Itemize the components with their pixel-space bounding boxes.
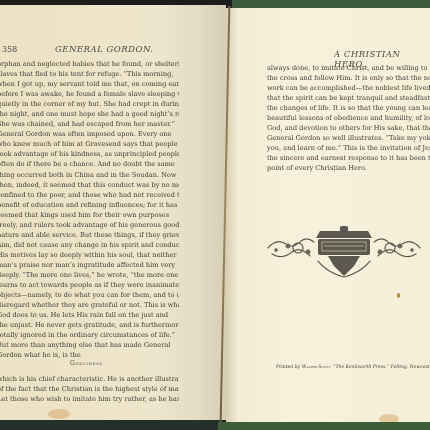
text-line: objects—namely, to do what you can for t… xyxy=(0,290,179,300)
running-head-left: GENERAL GORDON. xyxy=(55,45,154,55)
imprint-place: Felling, Newcastle xyxy=(391,365,430,370)
text-line: But more than anything else that has mad… xyxy=(0,340,179,350)
left-page-body: orphan and neglected babies that he foun… xyxy=(0,59,179,360)
text-line: His motives lay so deeply within his sou… xyxy=(0,250,179,260)
text-line: who knew much of him at Gravesend says t… xyxy=(0,139,179,149)
ornament-tailpiece-icon xyxy=(258,226,430,288)
paper-speck xyxy=(397,293,400,298)
text-line: disregard whether they are grateful or n… xyxy=(0,300,179,310)
text-line: She was chained, and had escaped from he… xyxy=(0,119,179,129)
text-line: General Gordon so well illustrates. “Tak… xyxy=(267,133,430,143)
text-line: learns to act towards people as if they … xyxy=(0,280,179,290)
text-line: of the fact that the Christian is the hi… xyxy=(0,384,179,394)
text-line: Let those who wish to imitate him try ra… xyxy=(0,394,179,404)
text-line: God does to us. He lets His rain fall on… xyxy=(0,310,179,320)
text-line: took advantage of his kindness, as unpri… xyxy=(0,149,179,159)
book-cover-edge-bottom-right xyxy=(218,422,430,430)
left-page-closing: which is his chief characteristic. He is… xyxy=(0,374,179,404)
text-line: then, indeed, it seemed that this conduc… xyxy=(0,180,179,190)
paper-stain xyxy=(379,414,399,422)
text-line: beautiful lessons of obedience and humil… xyxy=(267,113,430,123)
text-line: you, and learn of me.” This is the invit… xyxy=(267,143,430,153)
text-line: freely, and rulers took advantage of his… xyxy=(0,220,179,230)
text-line: that the spirit can be kept tranquil and… xyxy=(267,93,430,103)
paper-stain xyxy=(48,409,70,419)
text-line: work can be accomplished—the noblest lif… xyxy=(267,83,430,93)
text-line: the changes of life. It is so that the y… xyxy=(267,103,430,113)
text-line: God, and devotion to others for His sake… xyxy=(267,123,430,133)
text-line: seemed that kings used him for their own… xyxy=(0,210,179,220)
imprint-printer: Walter Scott xyxy=(302,365,331,370)
text-line: always done, to imitate Christ, and be w… xyxy=(267,63,430,73)
imprint-prefix: Printed by xyxy=(276,365,302,370)
text-line: which is his chief characteristic. He is… xyxy=(0,374,179,384)
text-line: him, did not cause any change in his spi… xyxy=(0,240,179,250)
text-line: the night, and one must hope she had a g… xyxy=(0,109,179,119)
imprint-press: “The Kenilworth Press,” xyxy=(333,365,389,370)
text-line: slaves that fled to his tent for refuge.… xyxy=(0,69,179,79)
text-line: nature and able service. But these thing… xyxy=(0,230,179,240)
right-page-body: always done, to imitate Christ, and be w… xyxy=(267,63,430,174)
text-line: when I got up, my servant told me that, … xyxy=(0,79,179,89)
text-line: quietly in the corner of my hut. She had… xyxy=(0,99,179,109)
text-line: orphan and neglected babies that he foun… xyxy=(0,59,179,69)
printer-imprint: Printed by Walter Scott, “The Kenilworth… xyxy=(276,365,430,370)
text-line: the sincere and earnest response to it h… xyxy=(267,153,430,163)
text-line: totally ignored in the ordinary circumst… xyxy=(0,330,179,340)
text-line: General Gordon was often imposed upon. E… xyxy=(0,129,179,139)
text-line: benefit of education and refining influe… xyxy=(0,200,179,210)
text-line: confined to the poor, and those who had … xyxy=(0,190,179,200)
text-line: thing occurred both in China and in the … xyxy=(0,170,179,180)
text-line: deeply. “The more one lives,” he wrote, … xyxy=(0,270,179,280)
text-line: often do if there be a chance. And no do… xyxy=(0,159,179,169)
text-line: the unjust. He never gets gratitude, and… xyxy=(0,320,179,330)
page-number: 358 xyxy=(2,45,17,54)
left-page: 358 GENERAL GORDON. orphan and neglected… xyxy=(0,5,226,420)
right-page: A CHRISTIAN HERO. always done, to imitat… xyxy=(226,8,430,422)
text-line: point of every Christian Hero. xyxy=(267,163,430,173)
text-line: man’s praise nor man’s ingratitude affec… xyxy=(0,260,179,270)
text-line: Gordon what he is, is the xyxy=(0,350,179,360)
section-heading: Godliness xyxy=(70,360,103,367)
text-line: before I was awake, he found a female sl… xyxy=(0,89,179,99)
text-line: the cross and follow Him. It is only so … xyxy=(267,73,430,83)
